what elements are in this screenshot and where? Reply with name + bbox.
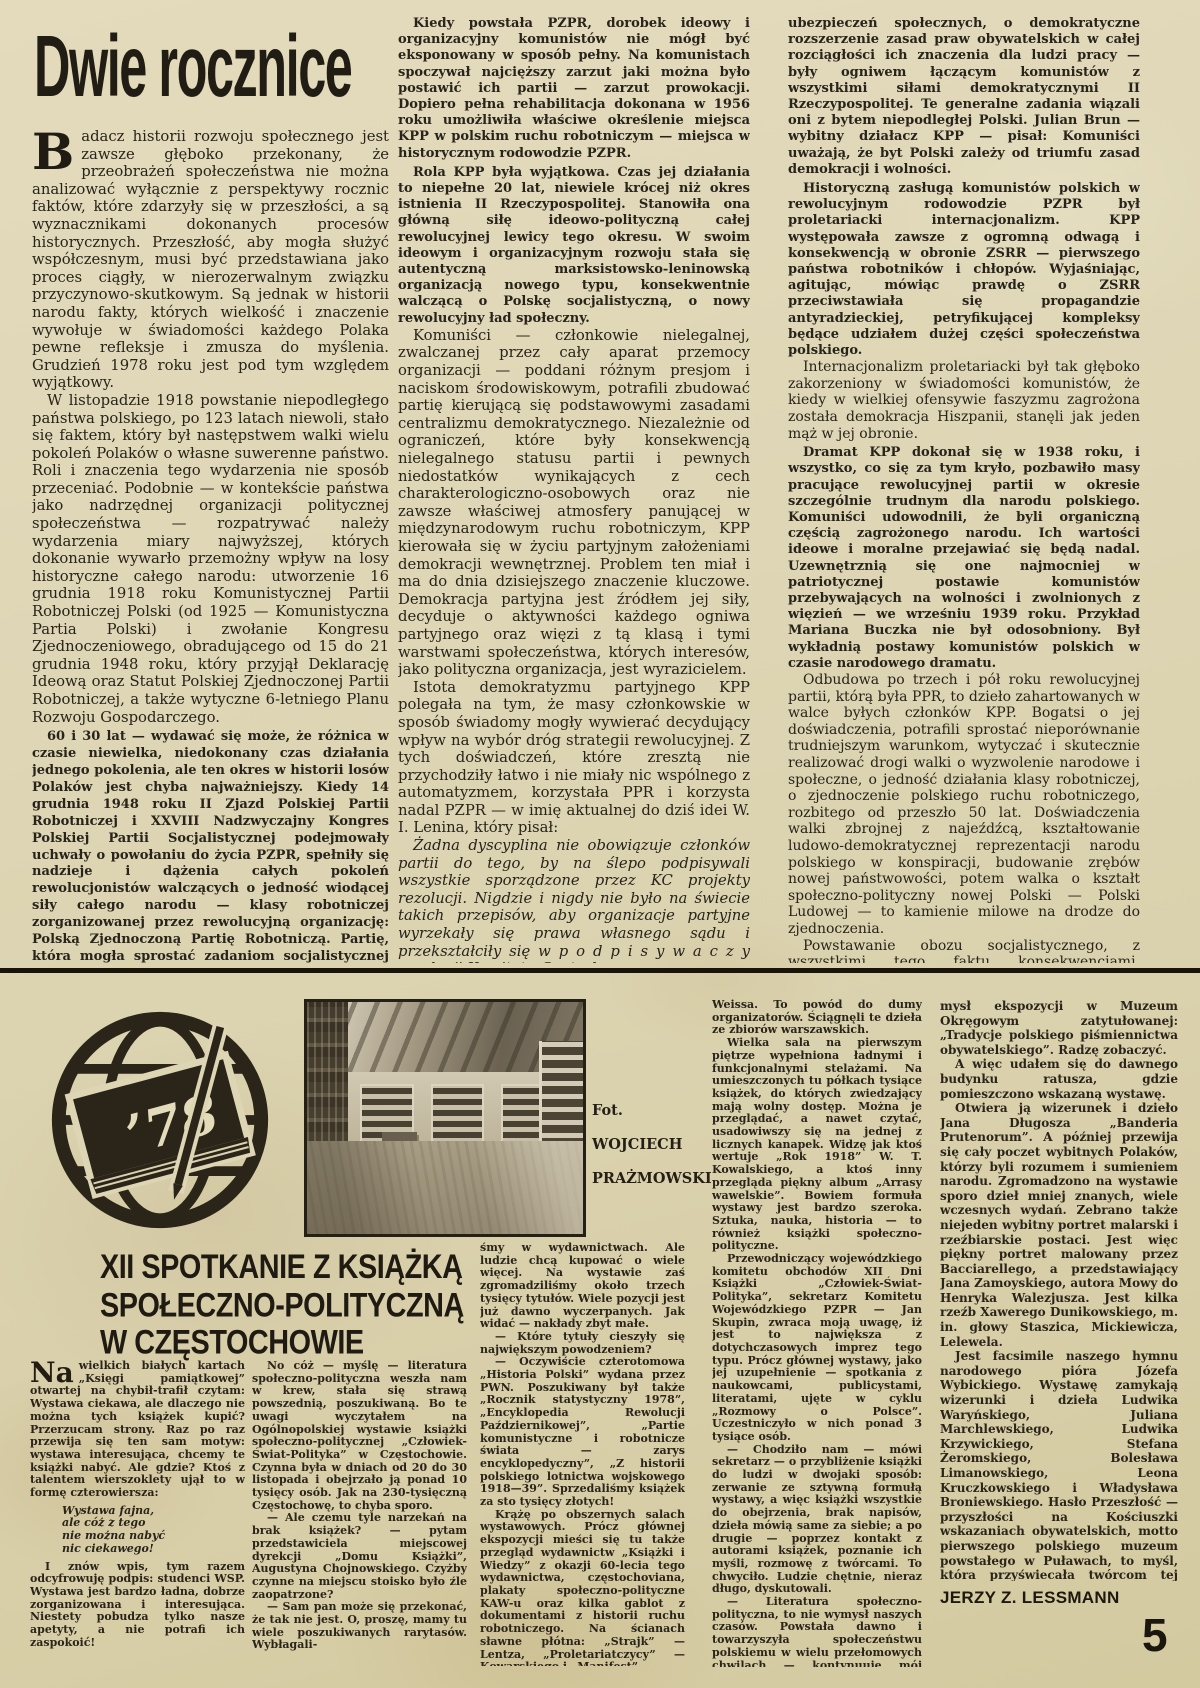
section-divider: [0, 968, 1200, 973]
page-number: 5: [1142, 1608, 1168, 1662]
paragraph: Komuniści — członkowie nielegalnej, zwal…: [398, 327, 750, 679]
photo-credit: Fot. WOJCIECH PRAŻMOWSKI: [592, 1094, 726, 1196]
paragraph: Dramat KPP dokonał się w 1938 roku, i ws…: [788, 445, 1140, 672]
lead-paragraph: Badacz historii rozwoju społecznego jest…: [32, 128, 389, 392]
paragraph: Internacjonalizm proletariacki był tak g…: [788, 359, 1140, 442]
paragraph: Wielka sala na pierwszym piętrze wypełni…: [712, 1037, 922, 1253]
drop-cap: Na: [30, 1360, 79, 1384]
paragraph: Odbudowa po trzech i pół roku rewolucyjn…: [788, 672, 1140, 938]
paragraph: Jest facsimile naszego hymnu narodowego …: [940, 1349, 1178, 1581]
paragraph: Kiedy powstała PZPR, dorobek ideowy i or…: [398, 16, 750, 162]
paragraph: Żadna dyscyplina nie obowiązuje członków…: [398, 837, 750, 963]
bottom-article-column-5: mysł ekspozycji w Muzeum Okręgowym zatyt…: [940, 999, 1178, 1581]
paragraph: mysł ekspozycji w Muzeum Okręgowym zatyt…: [940, 999, 1178, 1057]
author-signature: JERZY Z. LESSMANN: [940, 1588, 1182, 1608]
paragraph: Powstawanie obozu socjalistycznego, z ws…: [788, 938, 1140, 963]
paragraph: — Które tytuły cieszyły się największym …: [480, 1331, 685, 1356]
paragraph: W listopadzie 1918 powstanie niepodległe…: [32, 392, 389, 726]
paragraph: Istota demokratyzmu partyjnego KPP poleg…: [398, 679, 750, 837]
paragraph: No cóż — myślę — literatura społeczno-po…: [252, 1360, 467, 1512]
paragraph: Weissa. To powód do dumy organizatorów. …: [712, 999, 922, 1037]
paragraph: śmy w wydawnictwach. Ale ludzie chcą kup…: [480, 1242, 685, 1331]
bottom-article-headline: XII SPOTKANIE Z KSIĄŻKĄ SPOŁECZNO-POLITY…: [100, 1248, 520, 1361]
paragraph: — Oczywiście czterotomowa „Historia Pols…: [480, 1356, 685, 1508]
top-article-column-3: ubezpieczeń społecznych, o demokratyczne…: [788, 13, 1140, 963]
paragraph: Przewodniczący wojewódzkiego komitetu ob…: [712, 1253, 922, 1444]
top-article-column-1: Badacz historii rozwoju społecznego jest…: [32, 128, 389, 964]
book-year-78-logo: ’78: [46, 1006, 274, 1234]
bottom-article-column-4: Weissa. To powód do dumy organizatorów. …: [712, 999, 922, 1667]
paragraph: Otwiera ją wizerunek i dzieło Jana Długo…: [940, 1101, 1178, 1349]
bottom-article-column-3: śmy w wydawnictwach. Ale ludzie chcą kup…: [480, 1242, 685, 1666]
paragraph: Historyczną zasługą komunistów polskich …: [788, 181, 1140, 359]
paragraph-list: W listopadzie 1918 powstanie niepodległe…: [32, 392, 389, 964]
paragraph: — Literatura społeczno-polityczna, to ni…: [712, 1596, 922, 1667]
paragraph: — Chodziło nam — mówi sekretarz — o przy…: [712, 1444, 922, 1596]
paragraph-list: Wystawa fajna, ale cóż z tego nie można …: [30, 1505, 245, 1650]
top-article-column-2: Kiedy powstała PZPR, dorobek ideowy i or…: [398, 13, 750, 963]
paragraph: — Ale czemu tyle narzekań na brak książe…: [252, 1512, 467, 1601]
article-title: Dwie rocznice: [34, 16, 394, 146]
lead-text: adacz historii rozwoju społecznego jest …: [32, 128, 389, 391]
paragraph: — Sam pan może się przekonać, że tak nie…: [252, 1601, 467, 1652]
paragraph: ubezpieczeń społecznych, o demokratyczne…: [788, 16, 1140, 178]
paragraph: Krążę po obszernych salach wystawowych. …: [480, 1509, 685, 1666]
paragraph: A więc udałem się do dawnego budynku rat…: [940, 1057, 1178, 1101]
exhibition-hall-photo: [304, 999, 586, 1237]
bottom-article-column-2: No cóż — myślę — literatura społeczno-po…: [252, 1360, 467, 1672]
paragraph: 60 i 30 lat — wydawać się może, że różni…: [32, 729, 389, 964]
paragraph: Wystawa fajna, ale cóż z tego nie można …: [62, 1505, 245, 1556]
photo-sepia-tone: [307, 1002, 583, 1234]
lead-paragraph: Nawielkich białych kartach „Księgi pamią…: [30, 1360, 245, 1500]
paragraph: I znów wpis, tym razem odcyfrowuję podpi…: [30, 1561, 245, 1650]
bottom-article-column-1: Nawielkich białych kartach „Księgi pamią…: [30, 1360, 245, 1672]
paragraph: Rola KPP była wyjątkowa. Czas jej działa…: [398, 165, 750, 327]
paragraph-list: ubezpieczeń społecznych, o demokratyczne…: [788, 16, 1140, 963]
drop-cap: B: [32, 128, 81, 173]
newspaper-page: Dwie rocznice Badacz historii rozwoju sp…: [0, 0, 1200, 1688]
